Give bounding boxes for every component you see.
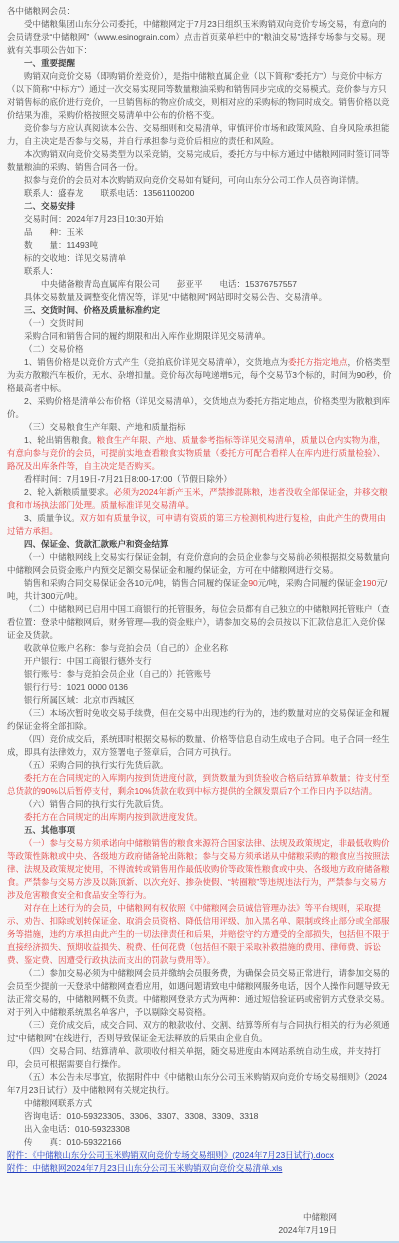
section-4-heading: 四、保证金、货款汇款账户和资金结算 xyxy=(7,538,393,551)
bank-account-name: 收款单位账户名称：参与竞拍会员（自己的）企业名称 xyxy=(7,642,393,655)
bank-routing-number: 银行行号：1021 0000 0136 xyxy=(7,681,393,694)
subsection-heading: （三）交易粮食生产年限、产地和质量指标 xyxy=(7,421,393,434)
highlighted-amount: 90 xyxy=(248,578,257,588)
item-label: 3、质量争议。 xyxy=(24,513,80,523)
trade-quantity: 数 量：11493吨 xyxy=(7,239,393,252)
paragraph: （五）本公告未尽事宜，依据附件中《中储粮山东分公司玉米购销双向竞价专场交易细则》… xyxy=(7,1071,393,1097)
contact-detail: 中央储备粮青岛直属库有限公司 彭亚平 电话：15376757557 xyxy=(7,278,393,291)
item-label: 2、轮入新粮质量要求。 xyxy=(24,487,114,497)
highlighted-paragraph: 对存在上述行为的会员，中储粮网有权依照《中储粮网会员诚信管理办法》等平台规则，采… xyxy=(7,902,393,967)
fund-phone: 出入金电话：010-59323308 xyxy=(7,1123,393,1136)
paragraph: 2、采购价格是清单公布价格（详见交易清单），交货地点为委托方指定地点，价格类型为… xyxy=(7,395,393,421)
bank-branch: 开户银行：中国工商银行德外支行 xyxy=(7,655,393,668)
paragraph: （五）采购合同的执行实行先货后款。 xyxy=(7,759,393,772)
paragraph: （三）竞价成交后，成交合同、双方的粮款收付、交割、结算等所有与合同执行相关的行为… xyxy=(7,1019,393,1045)
signature-block: 中储粮网 2024年7月19日 xyxy=(7,1211,393,1237)
paragraph: 采购合同和销售合同的履约期限和出入库作业期限详见交易清单。 xyxy=(7,330,393,343)
intro-paragraph: 受中储粮集团山东分公司委托，中储粮网定于7月23日组织玉米购销双向竞价专场交易，… xyxy=(7,18,393,57)
paragraph: 本次购销双向竞价交易类型为以采竞销，交易完成后，委托方与中标方通过中储粮网同时签… xyxy=(7,148,393,174)
paragraph: 1、轮出销售粮食。粮食生产年限、产地、质量参考指标等详见交易清单，质量以仓内实物… xyxy=(7,434,393,473)
paragraph: （二）参加交易必须为中储粮网会员并缴纳会员服务费，为确保会员交易正常进行，请参加… xyxy=(7,967,393,1019)
paragraph: 1、销售价格是以竞价方式产生（竞拍底价详见交易清单），交货地点为委托方指定地点，… xyxy=(7,356,393,395)
signature-org: 中储粮网 xyxy=(7,1211,337,1224)
subsection-heading: （二）交易价格 xyxy=(7,343,393,356)
fax-number: 传 真：010-59322166 xyxy=(7,1136,393,1149)
contact-label: 联系人： xyxy=(7,265,393,278)
section-5-heading: 五、其他事项 xyxy=(7,824,393,837)
attachment-row: 附件：《中储粮山东分公司玉米购销双向竞价专场交易细则》(2024年7月23日试行… xyxy=(7,1149,393,1162)
highlighted-paragraph: （一）参与交易方须承诺向中储粮销售的粮食来源符合国家法律、法规及政策规定，非最低… xyxy=(7,837,393,902)
trade-time: 交易时间：2024年7月23日10:30开始 xyxy=(7,213,393,226)
section-3-heading: 三、交货时间、价格及质量标准约定 xyxy=(7,304,393,317)
highlighted-paragraph: 委托方在合同规定的入库期内按到货进度付款，到货数量为到货验收合格后结算单数量；待… xyxy=(7,772,393,798)
signature-date: 2024年7月19日 xyxy=(7,1224,337,1237)
delivery-place: 标的交收地：详见交易清单 xyxy=(7,252,393,265)
paragraph: （四）竞价成交后，系统即时根据交易标的数量、价格等信息自动生成电子合同。电子合同… xyxy=(7,733,393,759)
paragraph: 竞价参与方应认真阅读本公告、交易细则和交易清单，审慎评价市场和政策风险、自身风险… xyxy=(7,122,393,148)
paragraph: （二）中储粮网已启用中国工商银行的托管服务，每位会员都有自己独立的中储粮网托管账… xyxy=(7,603,393,642)
subsection-heading: （一）交货时间 xyxy=(7,317,393,330)
text-segment: 1、销售价格是以竞价方式产生（竞拍底价详见交易清单），交货地点为 xyxy=(24,357,288,367)
item-label: 1、轮出销售粮食。 xyxy=(24,435,97,445)
highlighted-amount: 190 xyxy=(362,578,376,588)
attachment-row: 附件：中储粮网2024年7月23日山东分公司玉米购销双向竞价交易清单.xls xyxy=(7,1162,393,1175)
section-2-heading: 二、交易安排 xyxy=(7,200,393,213)
contact-block-title: 中储粮网联系方式 xyxy=(7,1097,393,1110)
paragraph: 拟参与竞价的会员对本次购销双向竞价交易如有疑问，可向山东分公司工作人员咨询详情。 xyxy=(7,174,393,187)
paragraph: （六）销售合同的执行实行先款后货。 xyxy=(7,798,393,811)
attachment-link-rules-docx[interactable]: 附件：《中储粮山东分公司玉米购销双向竞价专场交易细则》(2024年7月23日试行… xyxy=(7,1150,334,1160)
attachment-link-list-xls[interactable]: 附件：中储粮网2024年7月23日山东分公司玉米购销双向竞价交易清单.xls xyxy=(7,1163,282,1173)
sample-time-line: 看样时间：7月19日-7月21日8:00-17:00（节假日除外） xyxy=(7,473,393,486)
section-1-heading: 一、重要提醒 xyxy=(7,57,393,70)
paragraph: （一）中储粮网线上交易实行保证金制，有竞价意向的会员企业参与交易前必须根据拟交易… xyxy=(7,551,393,577)
paragraph: （四）交易合同、结算清单、款项收付相关单据，随交易进度由本网站系统自动生成，并支… xyxy=(7,1045,393,1071)
highlighted-paragraph: 委托方在合同规定的出库期内按到款进度发货。 xyxy=(7,811,393,824)
contact-line: 联系人：盛春龙 联系电话：13561100200 xyxy=(7,187,393,200)
paragraph: 购销双向竞价交易（即购销价差竞价），是指中储粮直属企业（以下简称“委托方”）与竞… xyxy=(7,70,393,122)
paragraph: 3、质量争议。双方如有质量争议，可申请有资质的第三方检测机构进行复检，由此产生的… xyxy=(7,512,393,538)
consult-phone: 咨询电话：010-59323305、3306、3307、3308、3309、33… xyxy=(7,1110,393,1123)
bank-region: 银行所属区域：北京市西城区 xyxy=(7,694,393,707)
announcement-document: 各中储粮网会员： 受中储粮集团山东分公司委托，中储粮网定于7月23日组织玉米购销… xyxy=(0,0,399,1243)
paragraph: 具体交易数量及调整变化情况等，详见“中储粮网”网站即时交易公告、交易清单。 xyxy=(7,291,393,304)
bank-account-number: 银行账号：参与竞拍会员企业（自己的）托管账号 xyxy=(7,668,393,681)
highlighted-text: 委托方指定地点 xyxy=(288,357,348,367)
text-segment: 销售和采购合同交易保证金各10元/吨，销售合同履约保证金 xyxy=(24,578,248,588)
text-segment: 元/吨，采购合同履约保证金 xyxy=(258,578,362,588)
salutation: 各中储粮网会员： xyxy=(7,5,393,18)
deposit-line: 销售和采购合同交易保证金各10元/吨，销售合同履约保证金90元/吨，采购合同履约… xyxy=(7,577,393,603)
trade-variety: 品 种：玉米 xyxy=(7,226,393,239)
paragraph: （三）本场次暂时免收交易手续费，但在交易中出现违约行为的，违约数量对应的交易保证… xyxy=(7,707,393,733)
paragraph: 2、轮入新粮质量要求。必须为2024年新产玉米，严禁掺混陈粮，违者没收全部保证金… xyxy=(7,486,393,512)
